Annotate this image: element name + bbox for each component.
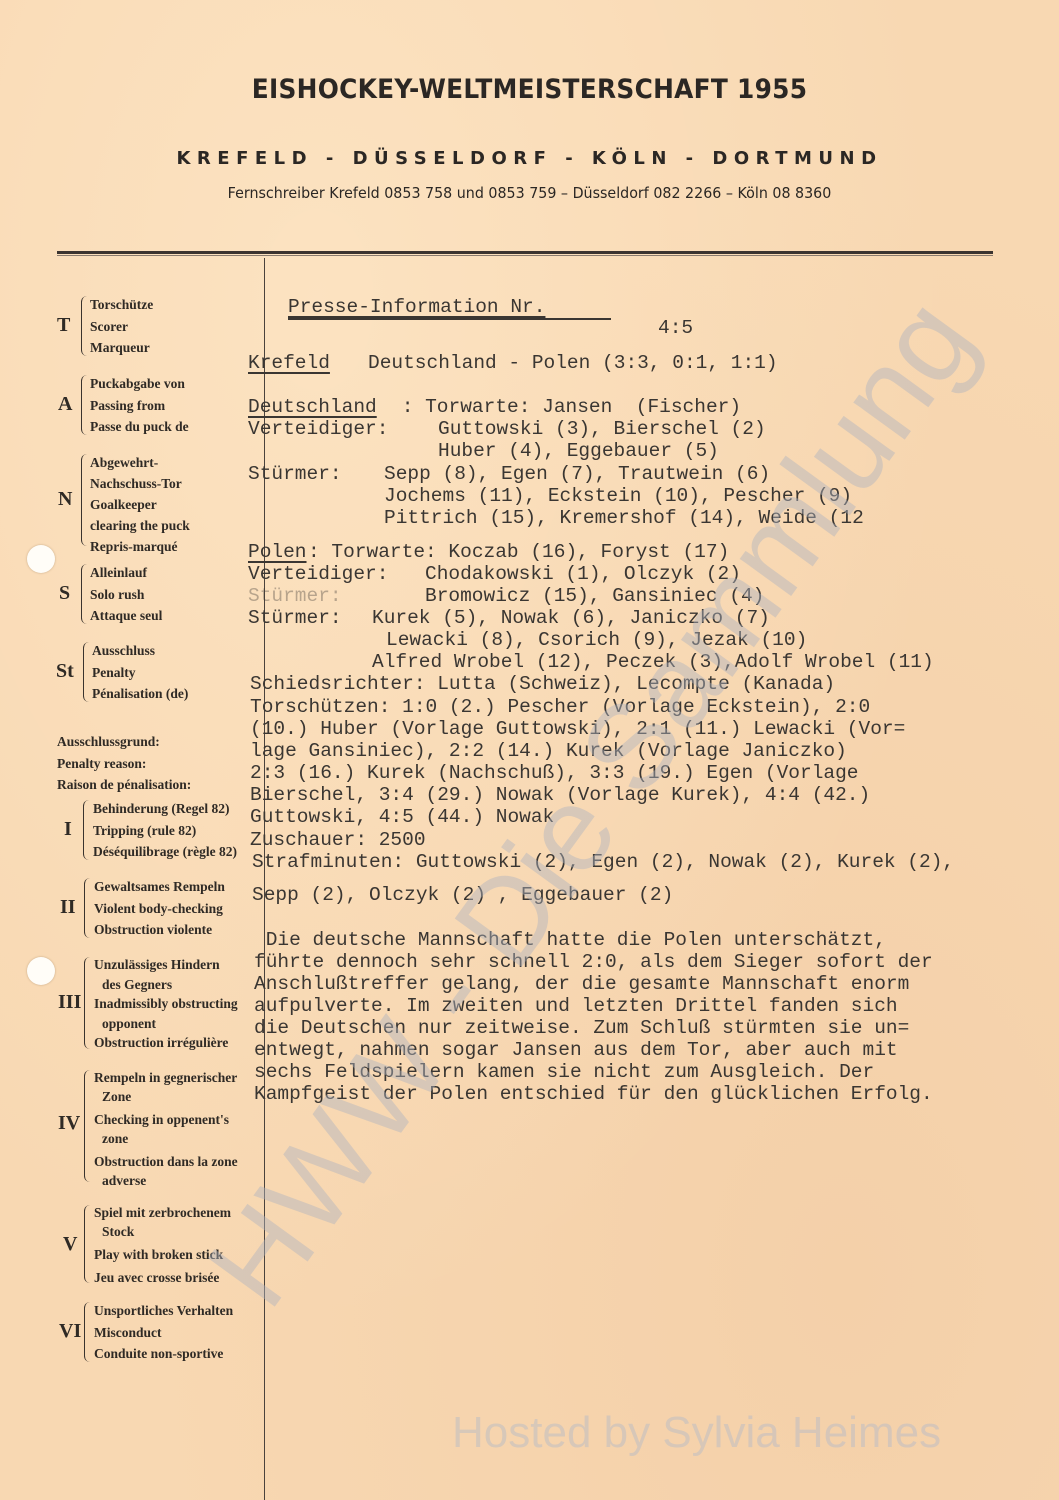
- legend-symbol: A: [58, 393, 72, 416]
- legend-line: Obstruction dans la zone: [94, 1152, 238, 1171]
- germany-defense-line: Huber (4), Eggebauer (5): [438, 440, 719, 462]
- legend-line: Zone: [94, 1087, 238, 1106]
- summary-line: entwegt, nahmen sogar Jansen aus dem Tor…: [254, 1039, 898, 1061]
- scorer-line: Torschützen: 1:0 (2.) Pescher (Vorlage E…: [250, 696, 870, 718]
- germany-goalies: : Torwarte: Jansen (Fischer): [390, 396, 741, 418]
- legend-symbol: I: [64, 818, 72, 841]
- germany-defense-line: Guttowski (3), Bierschel (2): [438, 418, 766, 440]
- spectators: Zuschauer: 2500: [250, 829, 426, 851]
- legend-line: Unsportliches Verhalten: [94, 1300, 233, 1322]
- legend-line: Checking in oppenent's: [94, 1110, 238, 1129]
- legend-line: Solo rush: [90, 584, 162, 606]
- legend-line: Passing from: [90, 395, 189, 417]
- legend-symbol: St: [56, 660, 74, 683]
- legend-symbol: III: [58, 991, 81, 1014]
- legend-line: Abgewehrt-: [90, 452, 190, 473]
- legend-line: Obstruction irrégulière: [94, 1033, 238, 1053]
- legend-symbol: IV: [58, 1112, 80, 1135]
- letterhead-telex: Fernschreiber Krefeld 0853 758 und 0853 …: [26, 184, 1032, 202]
- referees: Schiedsrichter: Lutta (Schweiz), Lecompt…: [250, 673, 835, 695]
- legend-line: Rempeln in gegnerischer: [94, 1068, 238, 1087]
- legend-line: Misconduct: [94, 1322, 233, 1344]
- team-poland-label: Polen: [248, 541, 307, 563]
- legend-line: Nachschuss-Tor: [90, 473, 190, 494]
- legend-line: zone: [94, 1129, 238, 1148]
- legend-line: Torschütze: [90, 294, 153, 316]
- legend-line: Behinderung (Regel 82): [93, 798, 237, 820]
- legend-line: Stock: [94, 1222, 231, 1241]
- brace-icon: [84, 878, 91, 938]
- legend-symbol: VI: [59, 1320, 81, 1343]
- legend-line: Scorer: [90, 316, 153, 338]
- scorer-line: Bierschel, 3:4 (29.) Nowak (Vorlage Kure…: [250, 784, 870, 806]
- legend-line: Pénalisation (de): [92, 683, 188, 705]
- scorer-line: (10.) Huber (Vorlage Guttowski), 2:1 (11…: [250, 718, 905, 740]
- legend-line: Conduite non-sportive: [94, 1343, 233, 1365]
- letterhead-title: EISHOCKEY-WELTMEISTERSCHAFT 1955: [42, 74, 1016, 105]
- legend-line: Attaque seul: [90, 605, 162, 627]
- legend-line: des Gegners: [94, 975, 238, 995]
- punch-hole-bottom: [27, 957, 55, 985]
- legend-line: Déséquilibrage (règle 82): [93, 841, 237, 863]
- brace-icon: [84, 1070, 91, 1182]
- report-heading: Presse-Information Nr.: [288, 296, 545, 318]
- germany-forwards-line: Jochems (11), Eckstein (10), Pescher (9): [384, 485, 852, 507]
- legend-line: Goalkeeper: [90, 494, 190, 515]
- brace-icon: [81, 564, 88, 624]
- penalty-line: Sepp (2), Olczyk (2) , Eggebauer (2): [252, 884, 673, 906]
- brace-icon: [81, 296, 88, 356]
- poland-goalies: : Torwarte: Koczab (16), Foryst (17): [308, 541, 729, 563]
- legend-line: Tripping (rule 82): [93, 820, 237, 842]
- legend-symbol: T: [57, 314, 70, 337]
- watermark-hosted-by: Hosted by Sylvia Heimes: [452, 1408, 941, 1458]
- poland-defense-label: Verteidiger:: [248, 563, 388, 585]
- legend-symbol: V: [63, 1233, 77, 1256]
- germany-defense-label: Verteidiger:: [248, 418, 388, 440]
- legend-line: Penalty: [92, 662, 188, 684]
- legend-line: Gewaltsames Rempeln: [94, 876, 225, 898]
- summary-line: Die deutsche Mannschaft hatte die Polen …: [254, 929, 886, 951]
- summary-line: aufpulverte. Im zweiten und letzten Drit…: [254, 995, 898, 1017]
- legend-line: Spiel mit zerbrochenem: [94, 1203, 231, 1222]
- heading-underline: [288, 318, 611, 320]
- legend-line: Play with broken stick: [94, 1245, 231, 1264]
- summary-line: Kampfgeist der Polen entschied für den g…: [254, 1083, 933, 1105]
- brace-icon: [84, 1302, 91, 1362]
- penalty-reason-heading: Ausschlussgrund: Penalty reason: Raison …: [57, 731, 191, 796]
- summary-line: die Deutschen nur zeitweise. Zum Schluß …: [254, 1017, 909, 1039]
- legend-line: Violent body-checking: [94, 898, 225, 920]
- poland-defense-line: Bromowicz (15), Gansiniec (4): [425, 585, 764, 607]
- germany-forwards-label: Stürmer:: [248, 463, 342, 485]
- legend-line: clearing the puck: [90, 515, 190, 536]
- summary-line: sechs Feldspielern kamen sie nicht zum A…: [254, 1061, 874, 1083]
- poland-forwards-line: Alfred Wrobel (12), Peczek (3),Adolf Wro…: [372, 651, 934, 673]
- brace-icon: [83, 800, 90, 860]
- penalty-line: Strafminuten: Guttowski (2), Egen (2), N…: [252, 851, 954, 873]
- legend-line: Unzulässiges Hindern: [94, 955, 238, 975]
- team-germany-label: Deutschland: [248, 396, 377, 418]
- poland-overtyped-label: Stürmer:: [248, 585, 342, 607]
- poland-forwards-line: Kurek (5), Nowak (6), Janiczko (7): [372, 607, 770, 629]
- germany-forwards-line: Sepp (8), Egen (7), Trautwein (6): [384, 463, 770, 485]
- header-rule: [57, 251, 993, 254]
- legend-symbol: N: [58, 488, 72, 511]
- scorer-line: 2:3 (16.) Kurek (Nachschuß), 3:3 (19.) E…: [250, 762, 859, 784]
- poland-forwards-line: Lewacki (8), Csorich (9), Jezak (10): [386, 629, 807, 651]
- legend-line: Repris-marqué: [90, 536, 190, 557]
- venue: Krefeld: [248, 352, 330, 374]
- heading-line: Penalty reason:: [57, 753, 191, 775]
- legend-line: Marqueur: [90, 337, 153, 359]
- legend-line: adverse: [94, 1171, 238, 1190]
- heading-line: Raison de pénalisation:: [57, 774, 191, 796]
- brace-icon: [84, 957, 91, 1049]
- punch-hole-top: [27, 545, 55, 573]
- legend-line: Alleinlauf: [90, 562, 162, 584]
- margin-rule: [264, 258, 265, 1500]
- scorer-line: lage Gansiniec), 2:2 (14.) Kurek (Vorlag…: [250, 740, 847, 762]
- summary-line: Anschlußtreffer gelang, der die gesamte …: [254, 973, 909, 995]
- brace-icon: [81, 454, 88, 546]
- legend-line: Jeu avec crosse brisée: [94, 1268, 231, 1287]
- poland-forwards-label: Stürmer:: [248, 607, 342, 629]
- heading-line: Ausschlussgrund:: [57, 731, 191, 753]
- legend-line: Puckabgabe von: [90, 373, 189, 395]
- legend-line: Ausschluss: [92, 640, 188, 662]
- brace-icon: [83, 642, 90, 702]
- legend-symbol: II: [60, 896, 76, 919]
- legend-line: opponent: [94, 1014, 238, 1034]
- letterhead-cities: KREFELD - DÜSSELDORF - KÖLN - DORTMUND: [0, 148, 1059, 169]
- legend-line: Inadmissibly obstructing: [94, 994, 238, 1014]
- final-score: 4:5: [658, 317, 693, 339]
- legend-line: Passe du puck de: [90, 416, 189, 438]
- match-title: Deutschland - Polen (3:3, 0:1, 1:1): [368, 352, 778, 374]
- germany-forwards-line: Pittrich (15), Kremershof (14), Weide (1…: [384, 507, 864, 529]
- brace-icon: [84, 1205, 91, 1283]
- legend-line: Obstruction violente: [94, 919, 225, 941]
- scorer-line: Guttowski, 4:5 (44.) Nowak: [250, 806, 554, 828]
- header-rule-thin: [57, 255, 993, 256]
- poland-defense-line: Chodakowski (1), Olczyk (2): [425, 563, 741, 585]
- legend-symbol: S: [59, 582, 70, 605]
- brace-icon: [81, 375, 88, 435]
- summary-line: führte dennoch sehr schnell 2:0, als dem…: [254, 951, 933, 973]
